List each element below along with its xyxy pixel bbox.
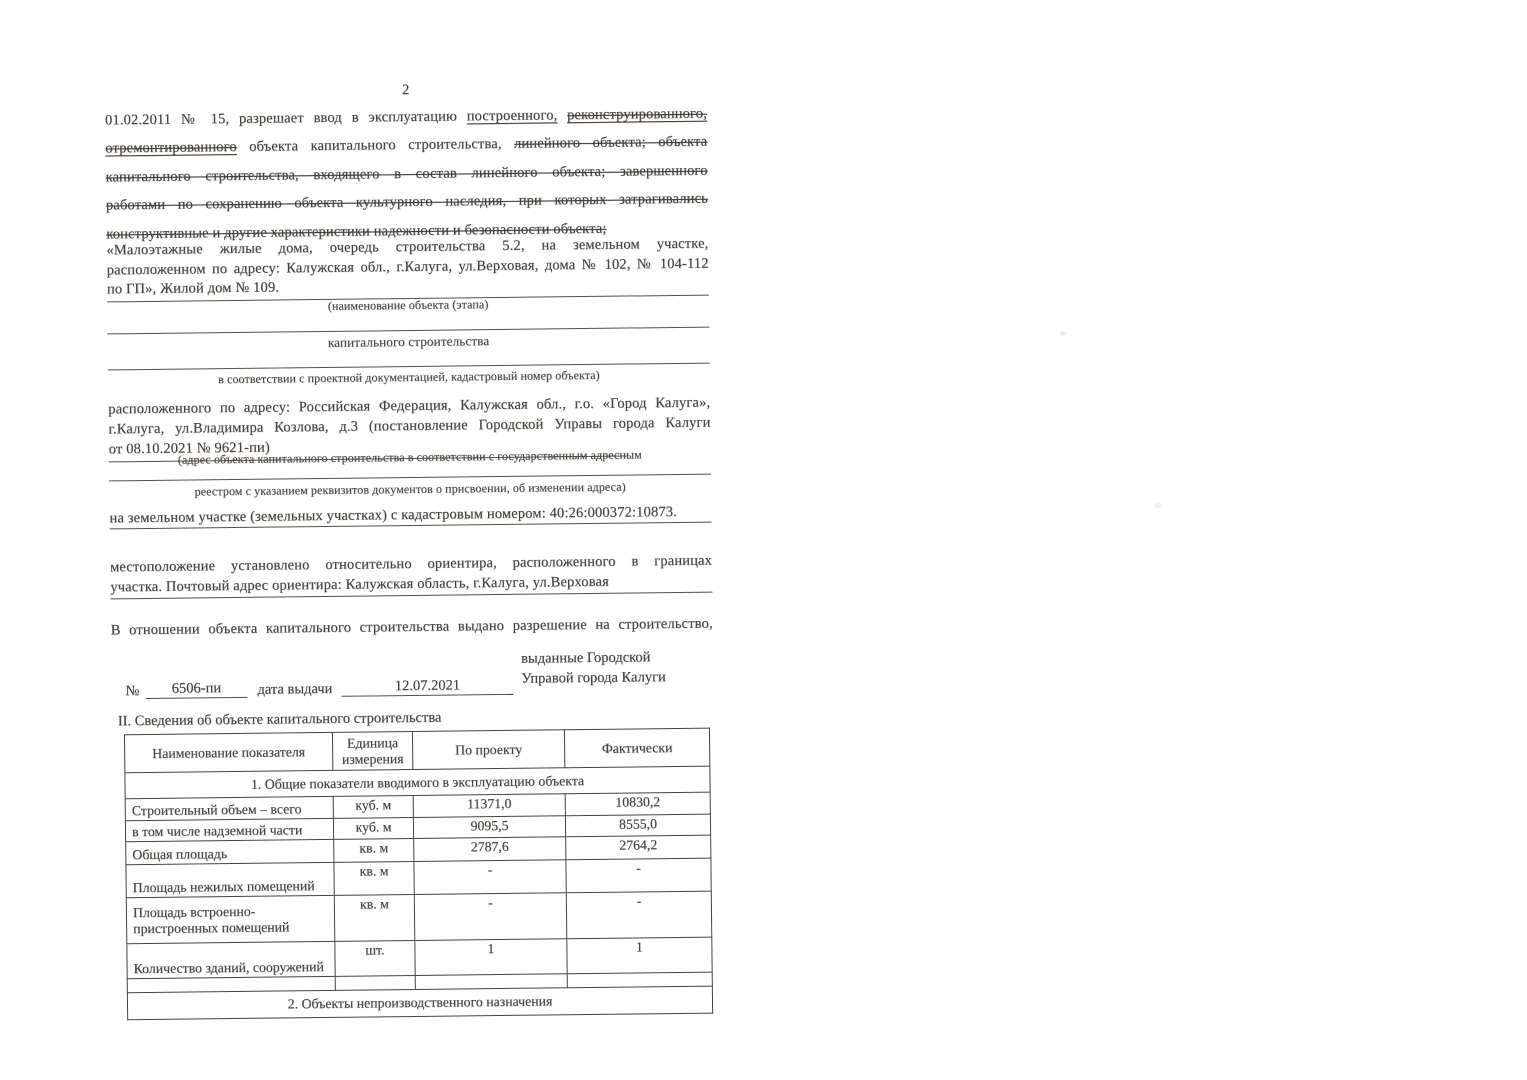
row-name: Количество зданий, сооружений <box>127 941 335 978</box>
row-project-value: 2787,6 <box>414 837 566 862</box>
row-unit: кв. м <box>334 838 414 862</box>
row-actual-value: 1 <box>567 937 712 974</box>
address-caption-2: реестром с указанием реквизитов документ… <box>109 479 711 501</box>
scan-speck <box>1060 331 1066 336</box>
section-2-title: 2. Объекты непроизводственного назначени… <box>127 986 712 1020</box>
row-actual-value: - <box>566 891 712 939</box>
row-project-value: 1 <box>415 939 567 976</box>
permit-issuer: выданные Городской Управой города Калуги <box>521 647 666 689</box>
row-unit: шт. <box>335 940 415 976</box>
row-unit: кв. м <box>334 894 415 941</box>
row-project-value: 11371,0 <box>413 794 565 818</box>
header-name: Наименование показателя <box>124 732 332 772</box>
permit-date-value: 12.07.2021 <box>341 677 513 697</box>
permit-number-label: № <box>125 683 139 700</box>
table-section-row: 2. Объекты непроизводственного назначени… <box>127 986 712 1020</box>
intro-line-3-struck: капитального строительства, входящего в … <box>106 162 708 185</box>
row-name: в том числе надземной части <box>125 818 333 841</box>
intro-line-2-struck-a: отремонтированного <box>105 139 237 156</box>
permit-issuer-line-2: Управой города Калуги <box>521 667 666 689</box>
header-unit: Единица измерения <box>332 731 412 770</box>
scan-speck <box>1155 502 1161 508</box>
object-caption-2: капитального строительства <box>107 331 709 354</box>
intro-line-1-struck: реконструированного, <box>567 106 707 124</box>
indicators-table: Наименование показателя Единица измерени… <box>124 728 713 1021</box>
permit-intro-line: В отношении объекта капитального строите… <box>111 616 713 640</box>
row-unit: куб. м <box>333 795 413 818</box>
row-actual-value: - <box>566 858 711 893</box>
indicators-table-wrap: Наименование показателя Единица измерени… <box>112 728 717 1021</box>
cadastral-block: на земельном участке (земельных участках… <box>109 504 711 530</box>
header-actual: Фактически <box>564 728 709 768</box>
permit-issuer-line-1: выданные Городской <box>521 647 666 669</box>
table-row: Площадь встроенно-пристроенных помещений… <box>126 891 711 944</box>
row-name: Строительный объем – всего <box>125 796 333 820</box>
row-name: Площадь нежилых помещений <box>126 862 334 897</box>
row-actual-value: 2764,2 <box>566 835 711 860</box>
permit-date-label: дата выдачи <box>257 681 332 699</box>
cadastral-line: на земельном участке (земельных участках… <box>109 504 711 530</box>
row-name: Общая площадь <box>126 839 334 864</box>
row-actual-value: 10830,2 <box>565 792 710 816</box>
object-name-block: «Малоэтажные жилые дома, очередь строите… <box>106 235 709 303</box>
table-header-row: Наименование показателя Единица измерени… <box>124 728 709 773</box>
object-caption-3: в соответствии с проектной документацией… <box>108 367 710 389</box>
intro-paragraph: 01.02.2011 № 15, разрешает ввод в эксплу… <box>105 100 709 249</box>
row-actual-value: 8555,0 <box>565 814 710 837</box>
row-name: Площадь встроенно-пристроенных помещений <box>126 895 335 943</box>
intro-line-1-plain: 01.02.2011 № 15, разрешает ввод в эксплу… <box>105 108 457 128</box>
empty-cell <box>335 975 415 990</box>
row-project-value: - <box>414 860 566 895</box>
row-project-value: - <box>414 893 567 941</box>
page-number: 2 <box>105 79 707 103</box>
document-content: 2 01.02.2011 № 15, разрешает ввод в эксп… <box>104 0 718 1080</box>
row-unit: куб. м <box>333 817 413 839</box>
intro-line-1-underlined: построенного, <box>467 107 558 124</box>
header-project: По проекту <box>412 730 564 770</box>
intro-line-4-struck: работами по сохранению объекта культурно… <box>106 191 708 214</box>
permit-intro-block: В отношении объекта капитального строите… <box>111 616 713 640</box>
permit-number-value: 6506-пи <box>145 680 247 699</box>
intro-line-2-struck-b: линейного объекта; объекта <box>514 134 707 152</box>
row-project-value: 9095,5 <box>413 816 565 839</box>
intro-line-2-plain: объекта капитального строительства, <box>249 136 502 155</box>
scanned-document-page: { "page": { "number": "2" }, "colors": {… <box>0 0 1527 1080</box>
row-unit: кв. м <box>334 861 414 895</box>
location-block: местоположение установлено относительно … <box>110 551 712 600</box>
